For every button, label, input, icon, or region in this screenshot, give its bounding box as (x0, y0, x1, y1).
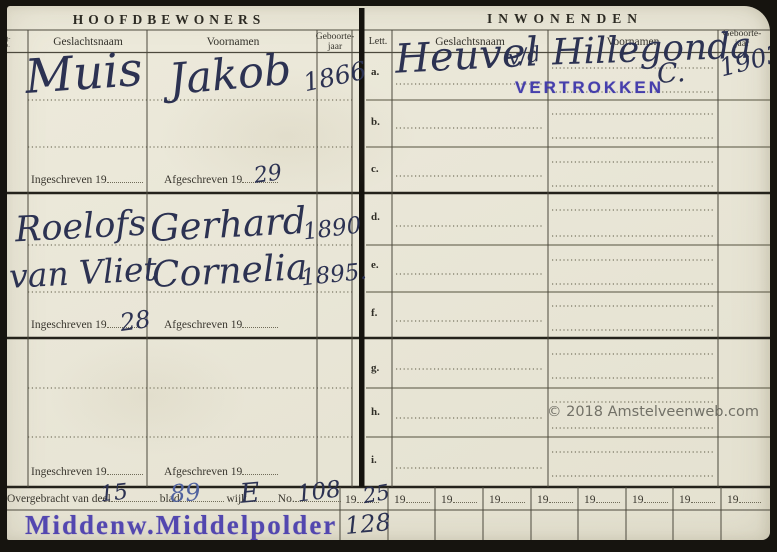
section-title-inwonenden: INWONENDEN (487, 11, 643, 27)
deel-value: 15 (99, 482, 129, 507)
col-header-geboortejaar-left: Geboorte-jaar (316, 32, 355, 52)
year-cell: 19 (632, 492, 668, 506)
copyright-watermark: © 2018 Amstelveenweb.com (547, 404, 759, 420)
year-cell: 19 (537, 492, 573, 506)
row-letter: d. (371, 211, 380, 223)
row-letter: b. (371, 116, 380, 128)
col-header-lett: Lett. (369, 36, 388, 47)
afgeschreven-label: Afgeschreven 19 (164, 317, 278, 331)
blad-value: 89 (169, 480, 201, 506)
year-cell-value-below: 128 (344, 510, 392, 538)
surname-entry: van Vliet (8, 252, 157, 293)
col-header-voornamen-left: Voornamen (207, 36, 260, 48)
afgeschreven-label: Afgeschreven 19 (164, 464, 278, 478)
left-edge-fragment: g- o. (7, 35, 19, 55)
row-letter: a. (371, 66, 379, 78)
vertrokken-stamp: VERTROKKEN (515, 78, 664, 98)
row-letter: g. (371, 362, 379, 374)
transfer-label: Overgebracht van deel (7, 493, 111, 505)
year-cell: 19 (584, 492, 620, 506)
no-value: 108 (296, 478, 342, 506)
ingeschreven-label: Ingeschreven 19 (31, 172, 143, 186)
year-cell: 19 (394, 492, 430, 506)
year-cell: 19 (489, 492, 525, 506)
year-cell: 19 (679, 492, 715, 506)
register-card-paper: g- o. HOOFDBEWONERS INWONENDEN Geslachts… (7, 6, 770, 540)
row-letter: f. (371, 307, 377, 319)
year-cell: 19 (727, 492, 761, 506)
afgeschreven-year-value: 29 (253, 162, 284, 188)
year-cell: 19 (441, 492, 477, 506)
middelpolder-stamp: Middenw.Middelpolder (25, 510, 337, 540)
no-label: No. (278, 493, 295, 505)
section-title-hoofdbewoners: HOOFDBEWONERS (73, 12, 266, 28)
surname-suffix: v/d (507, 44, 542, 69)
row-letter: i. (371, 454, 377, 466)
surname-entry: Roelofs (14, 207, 147, 249)
wijk-value: E (239, 479, 261, 508)
row-letter: c. (371, 163, 379, 175)
surname-entry: Muis (24, 46, 145, 101)
firstnames-entry: Jakob (167, 49, 293, 103)
ingeschreven-label: Ingeschreven 19 (31, 464, 143, 478)
firstnames-entry: Gerhard (149, 202, 307, 247)
row-letter: e. (371, 259, 379, 271)
firstnames-entry: Cornelia (151, 250, 308, 294)
row-letter: h. (371, 406, 380, 418)
scanned-register-card: g- o. HOOFDBEWONERS INWONENDEN Geslachts… (0, 0, 777, 552)
ingeschreven-year-value: 28 (118, 307, 152, 335)
year-cell-value: 25 (361, 482, 391, 507)
